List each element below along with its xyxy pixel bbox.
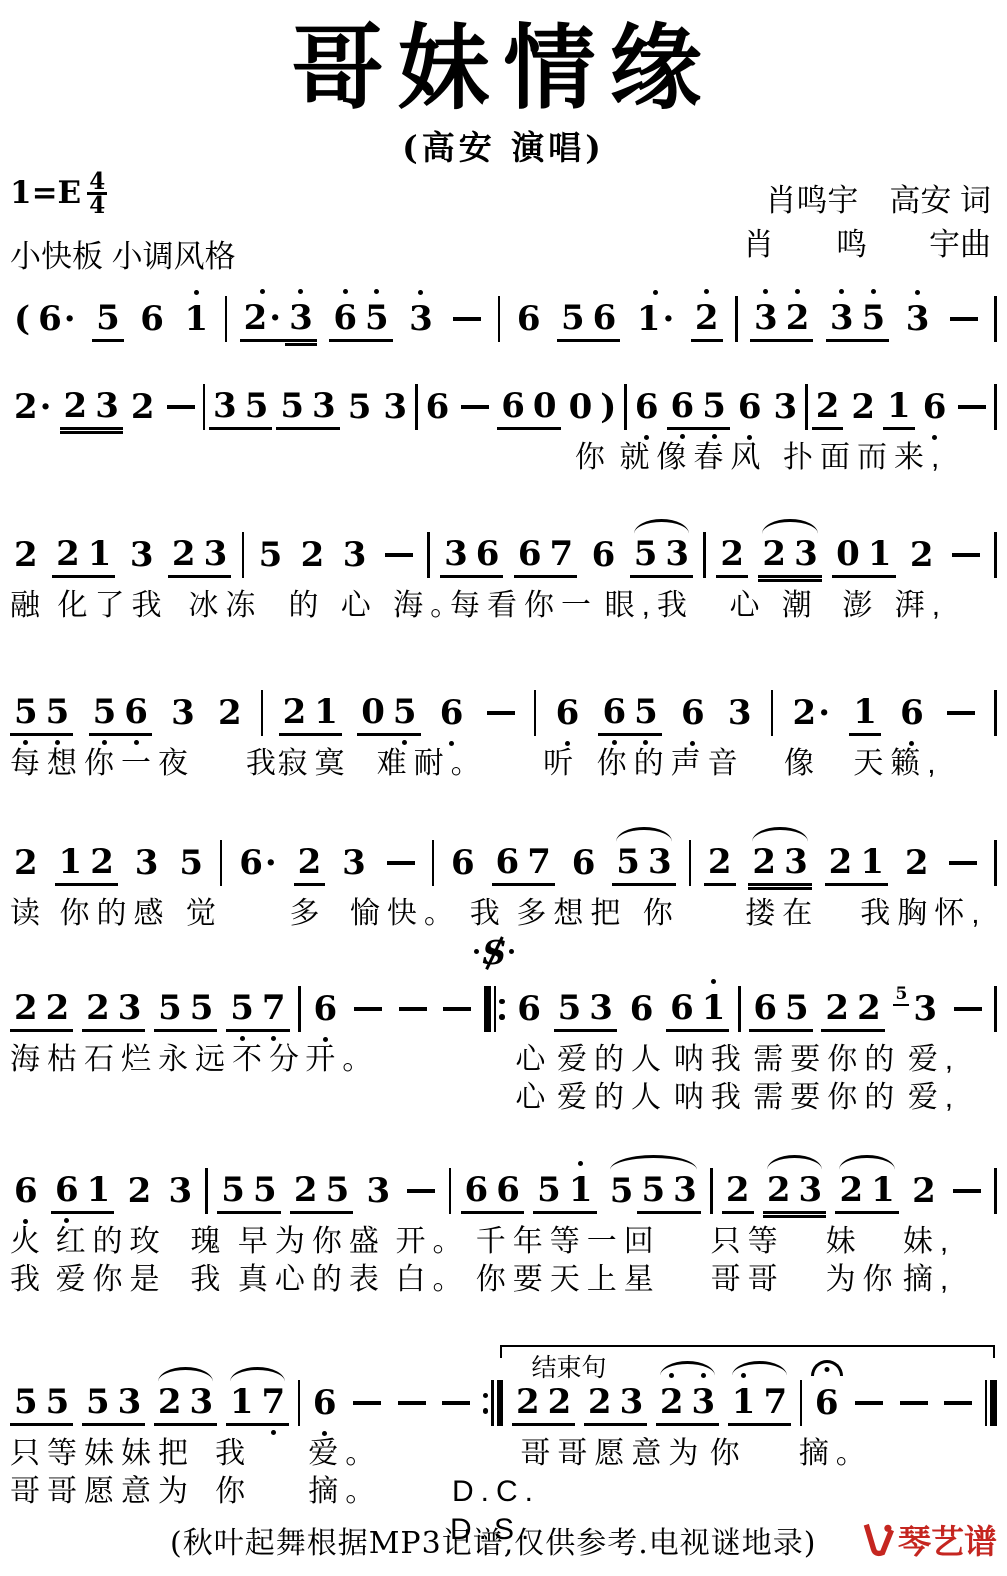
lyrics-row: 哥哥愿意为你摘。D.C. (8, 1473, 999, 1511)
dash-note (461, 405, 489, 409)
note-digit: 2 (56, 534, 80, 574)
note-digit: 1 (702, 988, 726, 1028)
note: 2 (10, 534, 42, 576)
lyrics-row: 融化了我冰冻的 心 海。每看你一眼,我心 潮澎 湃, (8, 587, 999, 625)
note: 3 (114, 987, 146, 1032)
note-group: 51 (533, 1169, 596, 1214)
note-group (896, 1401, 932, 1405)
note: 1· (633, 298, 679, 340)
lyric-segment: 爱, (908, 1041, 960, 1079)
note: 3 (405, 298, 437, 340)
performer-subtitle: (高安 演唱) (0, 122, 1007, 169)
dash-note (407, 1189, 435, 1193)
note-group: 6 (552, 692, 584, 734)
note-group (943, 711, 979, 715)
note-group: 67 (492, 841, 555, 886)
note-digit: 6 (496, 1170, 520, 1210)
note: 6 (896, 692, 928, 734)
note-digit: 6 (670, 988, 694, 1028)
notes-row: 212356·23667653223212 (8, 831, 999, 895)
note-digit: 6 (593, 298, 617, 338)
note-digit: 6 (923, 387, 947, 427)
note-group: 2 (901, 842, 933, 884)
lyric-segment: 你的感 觉 (60, 895, 223, 933)
note-digit: 5 (221, 1170, 245, 1210)
note-digit: 3 (171, 693, 195, 733)
octave-dot-above (704, 289, 709, 294)
note: 2 (704, 841, 736, 886)
octave-dot-above (298, 289, 303, 294)
note-digit: 3 (213, 386, 237, 426)
note-group: 35 (209, 385, 272, 430)
barline (225, 294, 228, 344)
barline-thin (205, 1168, 208, 1214)
note-digit: 1 (88, 534, 112, 574)
lyrics-row: 火红的玫瑰早为你盛开。千年等一回只等妹妹, (8, 1223, 999, 1261)
lyric-segment: 真心的表 (238, 1261, 386, 1299)
note: 6 (492, 1169, 524, 1214)
note-group: 6 (919, 386, 951, 428)
dash-note (900, 1401, 928, 1405)
note: 2 (544, 1381, 576, 1426)
barline-thick (990, 1380, 997, 1426)
note-group: 5 (255, 534, 287, 576)
note: 6 (120, 691, 152, 736)
note-group: 6 (626, 988, 658, 1030)
dash-note (855, 1401, 883, 1405)
dash-note (442, 1401, 470, 1405)
note-group: 36 (440, 533, 503, 578)
lyric-segment: 心 (515, 1041, 552, 1079)
note: 2 (748, 841, 780, 886)
note-digit: 2 (14, 988, 38, 1028)
barline (710, 1166, 713, 1216)
note-digit: 5 (190, 988, 214, 1028)
note-digit: 2 (825, 988, 849, 1028)
note-group: 3 (167, 692, 199, 734)
octave-dot-above (343, 289, 348, 294)
lyric-segment: 需要你的 (753, 1041, 901, 1079)
music-system: 66123552536651553223212火红的玫瑰早为你盛开。千年等一回只… (8, 1159, 999, 1299)
dash-note (387, 861, 415, 865)
lyric-segment: 为你 (826, 1261, 900, 1299)
segno-dot (509, 949, 514, 954)
ending-bracket: 结束句 (500, 1345, 996, 1361)
note-group: 53 (612, 841, 675, 886)
note-group: 2 (214, 692, 246, 734)
note-digit: 3 (289, 298, 313, 338)
augmentation-dot: · (818, 693, 830, 733)
note-digit: 1 (569, 1170, 593, 1210)
note: 3 (186, 1381, 218, 1426)
note-group: 2 (906, 534, 938, 576)
note: 5 (893, 984, 909, 1006)
barline (985, 1378, 997, 1428)
octave-dot-below (240, 1036, 245, 1041)
note-group: 1 (849, 691, 881, 736)
note-group: 6 (588, 534, 620, 576)
note: 1 (849, 691, 881, 736)
barline (689, 838, 692, 888)
note-group (439, 1007, 475, 1011)
note: 6 (309, 988, 341, 1030)
lyric-segment: 摘, (903, 1261, 955, 1299)
note-group: 2 (127, 386, 159, 428)
octave-dot-above (194, 290, 199, 295)
note: 2 (297, 534, 329, 576)
note-digit: 0 (569, 387, 593, 427)
note-digit: 5 (365, 298, 389, 338)
note-group: 6 (309, 1382, 341, 1424)
octave-dot-below (102, 740, 107, 745)
note: 2 (60, 385, 92, 430)
note-digit: 5 (259, 535, 283, 575)
note: 1 (856, 841, 888, 886)
note: 6 (513, 298, 545, 340)
note-group: 53 (893, 988, 941, 1030)
note: 3 (338, 842, 370, 884)
music-system: 222355576S653661652253海枯石烂永远不分开。心爱的人呐我需要… (8, 977, 999, 1117)
note-digit: 1 (230, 1382, 254, 1422)
barline (449, 1166, 452, 1216)
note-digit: 1 (184, 299, 208, 339)
note-digit: 3 (342, 843, 366, 883)
lyric-segment: 难耐。 (377, 745, 488, 783)
lyric-segment: 愉快。 (350, 895, 461, 933)
note-digit: 5 (230, 988, 254, 1028)
note-digit: 2 (90, 842, 114, 882)
footer: (秋叶起舞根据MP3记谱,仅供参考.电视谜地录) 琴艺谱 (0, 1514, 1007, 1566)
lyric-segment: 只等妹妹把 (10, 1435, 195, 1473)
dash-note (353, 1401, 381, 1405)
barline (738, 984, 741, 1034)
note-digit: 3 (444, 534, 468, 574)
note-group: 65 (667, 385, 730, 430)
octave-dot-above (763, 289, 768, 294)
lyric-segment: 你的声音 (597, 745, 745, 783)
note: 2 (908, 1170, 940, 1212)
note-digit: 3 (409, 299, 433, 339)
lyric-segment: 开。 (305, 1041, 379, 1079)
note-digit: 1 (637, 299, 661, 339)
note-group: 23 (168, 533, 231, 578)
note-digit: 6 (630, 989, 654, 1029)
note: 5 (10, 1381, 42, 1426)
note: 6 (677, 692, 709, 734)
note: 3 (616, 1381, 648, 1426)
lyric-segment: 妹, (903, 1223, 955, 1261)
note: 1 (84, 533, 116, 578)
lyric-segment: 每看你一 (450, 587, 598, 625)
note-digit: 3 (383, 387, 407, 427)
slur-arc (752, 827, 807, 842)
time-signature: 44 (87, 171, 107, 216)
note-digit: 3 (135, 843, 159, 883)
note-group: 1· (633, 298, 679, 340)
octave-dot-below (402, 740, 407, 745)
note-digit: 6 (451, 843, 475, 883)
note-group: 67 (514, 533, 577, 578)
note-digit: 5 (46, 692, 70, 732)
dash-note (354, 1007, 382, 1011)
note: 5 (389, 691, 421, 736)
note: 5 (276, 385, 308, 430)
note-digit: 3 (589, 988, 613, 1028)
note-group: 23 (748, 841, 811, 886)
lyrics-row: 每想你一夜我寂寞难耐。听你的声音像天籁, (8, 745, 999, 783)
note-group: 2 (294, 841, 326, 886)
barline (735, 294, 738, 344)
note-digit: 1 (732, 1382, 756, 1422)
lyric-segment: 化了我 (58, 587, 169, 625)
barline-thin (985, 1380, 988, 1426)
barline: S (484, 984, 505, 1034)
lyric-segment: 你 (710, 1435, 747, 1473)
barline (994, 294, 997, 344)
notes-row: 222355576S653661652253 (8, 977, 999, 1041)
note: 3 (131, 842, 163, 884)
note: 2 (82, 987, 114, 1032)
note: 2 (124, 1170, 156, 1212)
note-digit: 5 (634, 534, 658, 574)
barline-thin (805, 384, 808, 430)
note-digit: 5 (253, 1170, 277, 1210)
note-digit: 2 (14, 535, 38, 575)
repeat-dot (483, 1408, 489, 1414)
repeat-dots (483, 1380, 489, 1426)
note: 5 (217, 1169, 249, 1214)
note-group (163, 405, 199, 409)
lyrics-row: 你就像春风扑面而来, (8, 439, 999, 477)
note-digit: 6 (14, 1171, 38, 1211)
note-group: 6 (896, 692, 928, 734)
note-group: 57 (226, 987, 289, 1032)
note-digit: 2 (786, 298, 810, 338)
note-digit: 7 (550, 534, 574, 574)
note-digit: 6 (124, 692, 148, 732)
note-digit: 1 (871, 1170, 895, 1210)
dash-note (443, 1007, 471, 1011)
note-group: 17 (226, 1381, 289, 1426)
note-digit: 7 (527, 842, 551, 882)
note-digit: 3 (204, 534, 228, 574)
repeat-dot (499, 999, 505, 1005)
note-group: 65 (329, 297, 392, 342)
note-digit: 5 (862, 298, 886, 338)
octave-dot-below (680, 434, 685, 439)
note: 2 (168, 533, 200, 578)
note-digit: 5 (634, 692, 658, 732)
note: 3 (770, 386, 802, 428)
lyricist-credit: 肖鸣宇 高安 词 (743, 179, 991, 223)
note-digit: 2 (128, 1171, 152, 1211)
note-group (449, 317, 485, 321)
lyric-segment: 瑰 (190, 1223, 227, 1261)
note-group: 1 (883, 385, 915, 430)
lyric-segment: 妹 (826, 1223, 863, 1261)
lyric-segment: 像 (784, 745, 821, 783)
fermata (811, 1360, 843, 1376)
lyric-segment: 呐我 (674, 1041, 748, 1079)
note: 5 (361, 297, 393, 342)
lyric-segment: 我 (470, 895, 507, 933)
note-digit: 6 (517, 299, 541, 339)
note-group: 23 (82, 987, 145, 1032)
note-digit: 2 (851, 387, 875, 427)
note-group (948, 553, 984, 557)
note: 6 (10, 1170, 42, 1212)
note: 3 (379, 386, 411, 428)
note: 5 (89, 691, 121, 736)
note-group: 23 (154, 1381, 217, 1426)
note-group (438, 1401, 474, 1405)
note-digit: 3 (648, 842, 672, 882)
note-group: 0) (565, 386, 621, 428)
note-digit: 5 (280, 386, 304, 426)
note: 2 (835, 1169, 867, 1214)
lyric-segment: 你 (575, 439, 612, 477)
note: 2 (584, 1381, 616, 1426)
note-group (949, 1189, 985, 1193)
note-digit: 3 (367, 1171, 391, 1211)
barline-thin (220, 840, 223, 886)
note: 2 (758, 533, 790, 578)
note-digit: 5 (158, 988, 182, 1028)
note-digit: 2 (816, 386, 840, 426)
lyric-segment: 爱你是 (56, 1261, 167, 1299)
note: 3 (585, 987, 617, 1032)
barline (415, 382, 418, 432)
note: 6 (734, 386, 766, 428)
note: 3 (724, 692, 756, 734)
dash-note (453, 317, 481, 321)
lyric-segment: 海枯石烂永远不分 (10, 1041, 306, 1079)
lyric-segment: 千年等一回 (476, 1223, 661, 1261)
lyric-segment: 天籁, (853, 745, 942, 783)
note-group: 6 (422, 386, 454, 428)
note-digit: 2 (912, 1171, 936, 1211)
repeat-dot (499, 1014, 505, 1020)
note-group: 65 (749, 987, 812, 1032)
note: 2 (279, 691, 311, 736)
note-digit: 2 (910, 535, 934, 575)
note: 5 (82, 1381, 114, 1426)
note-digit: 2 (298, 842, 322, 882)
rest-note: 0 (565, 386, 597, 428)
note: 2 (821, 987, 853, 1032)
note-digit: 3 (673, 1170, 697, 1210)
note-digit: 2 (905, 843, 929, 883)
note-digit: 6 (738, 387, 762, 427)
note: 3 (790, 533, 822, 578)
note-digit: 6 (517, 989, 541, 1029)
note-digit: 5 (96, 298, 120, 338)
note-group: 2 (10, 842, 42, 884)
lyric-segment: 的 心 海。 (288, 587, 467, 625)
note: 2 (294, 841, 326, 886)
note-digit: 3 (312, 386, 336, 426)
note: 1 (883, 385, 915, 430)
note-digit: 6 (501, 386, 525, 426)
note-digit: 6 (753, 988, 777, 1028)
lyric-segment: 心 潮 (729, 587, 818, 625)
note-digit: 0 (836, 534, 860, 574)
notation-area: (6·5612·36536561·2323532·2323553536600)6… (0, 279, 1007, 1549)
note: 7 (258, 987, 290, 1032)
note-digit: 5 (561, 298, 585, 338)
note: 5 (92, 297, 124, 342)
note: 3 (780, 841, 812, 886)
note-group (851, 1401, 887, 1405)
note: 5 (344, 386, 376, 428)
barline (483, 1378, 504, 1428)
note: 5 (781, 987, 813, 1032)
lyric-segment: 寂寞 (278, 745, 352, 783)
barline (994, 688, 997, 738)
slur-arc (732, 1361, 787, 1376)
octave-dot-above (260, 289, 265, 294)
barline-thin (415, 384, 418, 430)
lyric-segment: 搂在 (745, 895, 819, 933)
note-digit: 2 (767, 1170, 791, 1210)
note: 2· (789, 692, 835, 734)
note: 3 (794, 1169, 826, 1214)
lyric-segment: 爱。 (308, 1435, 382, 1473)
slur-arc (158, 1367, 213, 1382)
note-digit: 2 (516, 1382, 540, 1422)
note-digit: 6 (602, 692, 626, 732)
note: 6 (309, 1382, 341, 1424)
note-group: 61 (51, 1169, 114, 1214)
barline (242, 530, 245, 580)
note-digit: ( (14, 299, 30, 339)
note-digit: 6 (55, 1170, 79, 1210)
lyric-segment: 读 (10, 895, 47, 933)
note-digit: 2 (829, 842, 853, 882)
note: 2 (716, 533, 748, 578)
barline-thick (484, 986, 491, 1032)
note-digit: 5 (537, 1170, 561, 1210)
rest-note: 0 (357, 691, 389, 736)
note: 2 (847, 386, 879, 428)
notes-row: 55563221056665632·16 (8, 681, 999, 745)
note-digit: 2 (660, 1382, 684, 1422)
lyric-segment: 早为你盛 (238, 1223, 386, 1261)
note: 2 (722, 1169, 754, 1214)
octave-dot-below (23, 740, 28, 745)
note-group: 2 (10, 534, 42, 576)
barline (994, 984, 997, 1034)
note-digit: 2 (283, 692, 307, 732)
slur-arc (839, 1155, 894, 1170)
note: 2 (812, 385, 844, 430)
note: 6 (472, 533, 504, 578)
lyric-segment: 多想把 你 (516, 895, 679, 933)
note: 2 (290, 1169, 322, 1214)
dash-note (944, 1401, 972, 1405)
note-digit: 6 (556, 693, 580, 733)
octave-dot-below (55, 740, 60, 745)
slur-arc (634, 519, 689, 534)
note-group: 6 (677, 692, 709, 734)
note-digit: 5 (702, 386, 726, 426)
note-group: 553 (606, 1169, 701, 1214)
music-system: (6·5612·36536561·232353 (8, 287, 999, 351)
lyric-segment: 哥哥愿意为 (520, 1435, 705, 1473)
note: 5 (249, 1169, 281, 1214)
lyrics-row: 我爱你是我真心的表白。你要天上星哥哥为你摘, (8, 1261, 999, 1299)
dash-note (167, 405, 195, 409)
